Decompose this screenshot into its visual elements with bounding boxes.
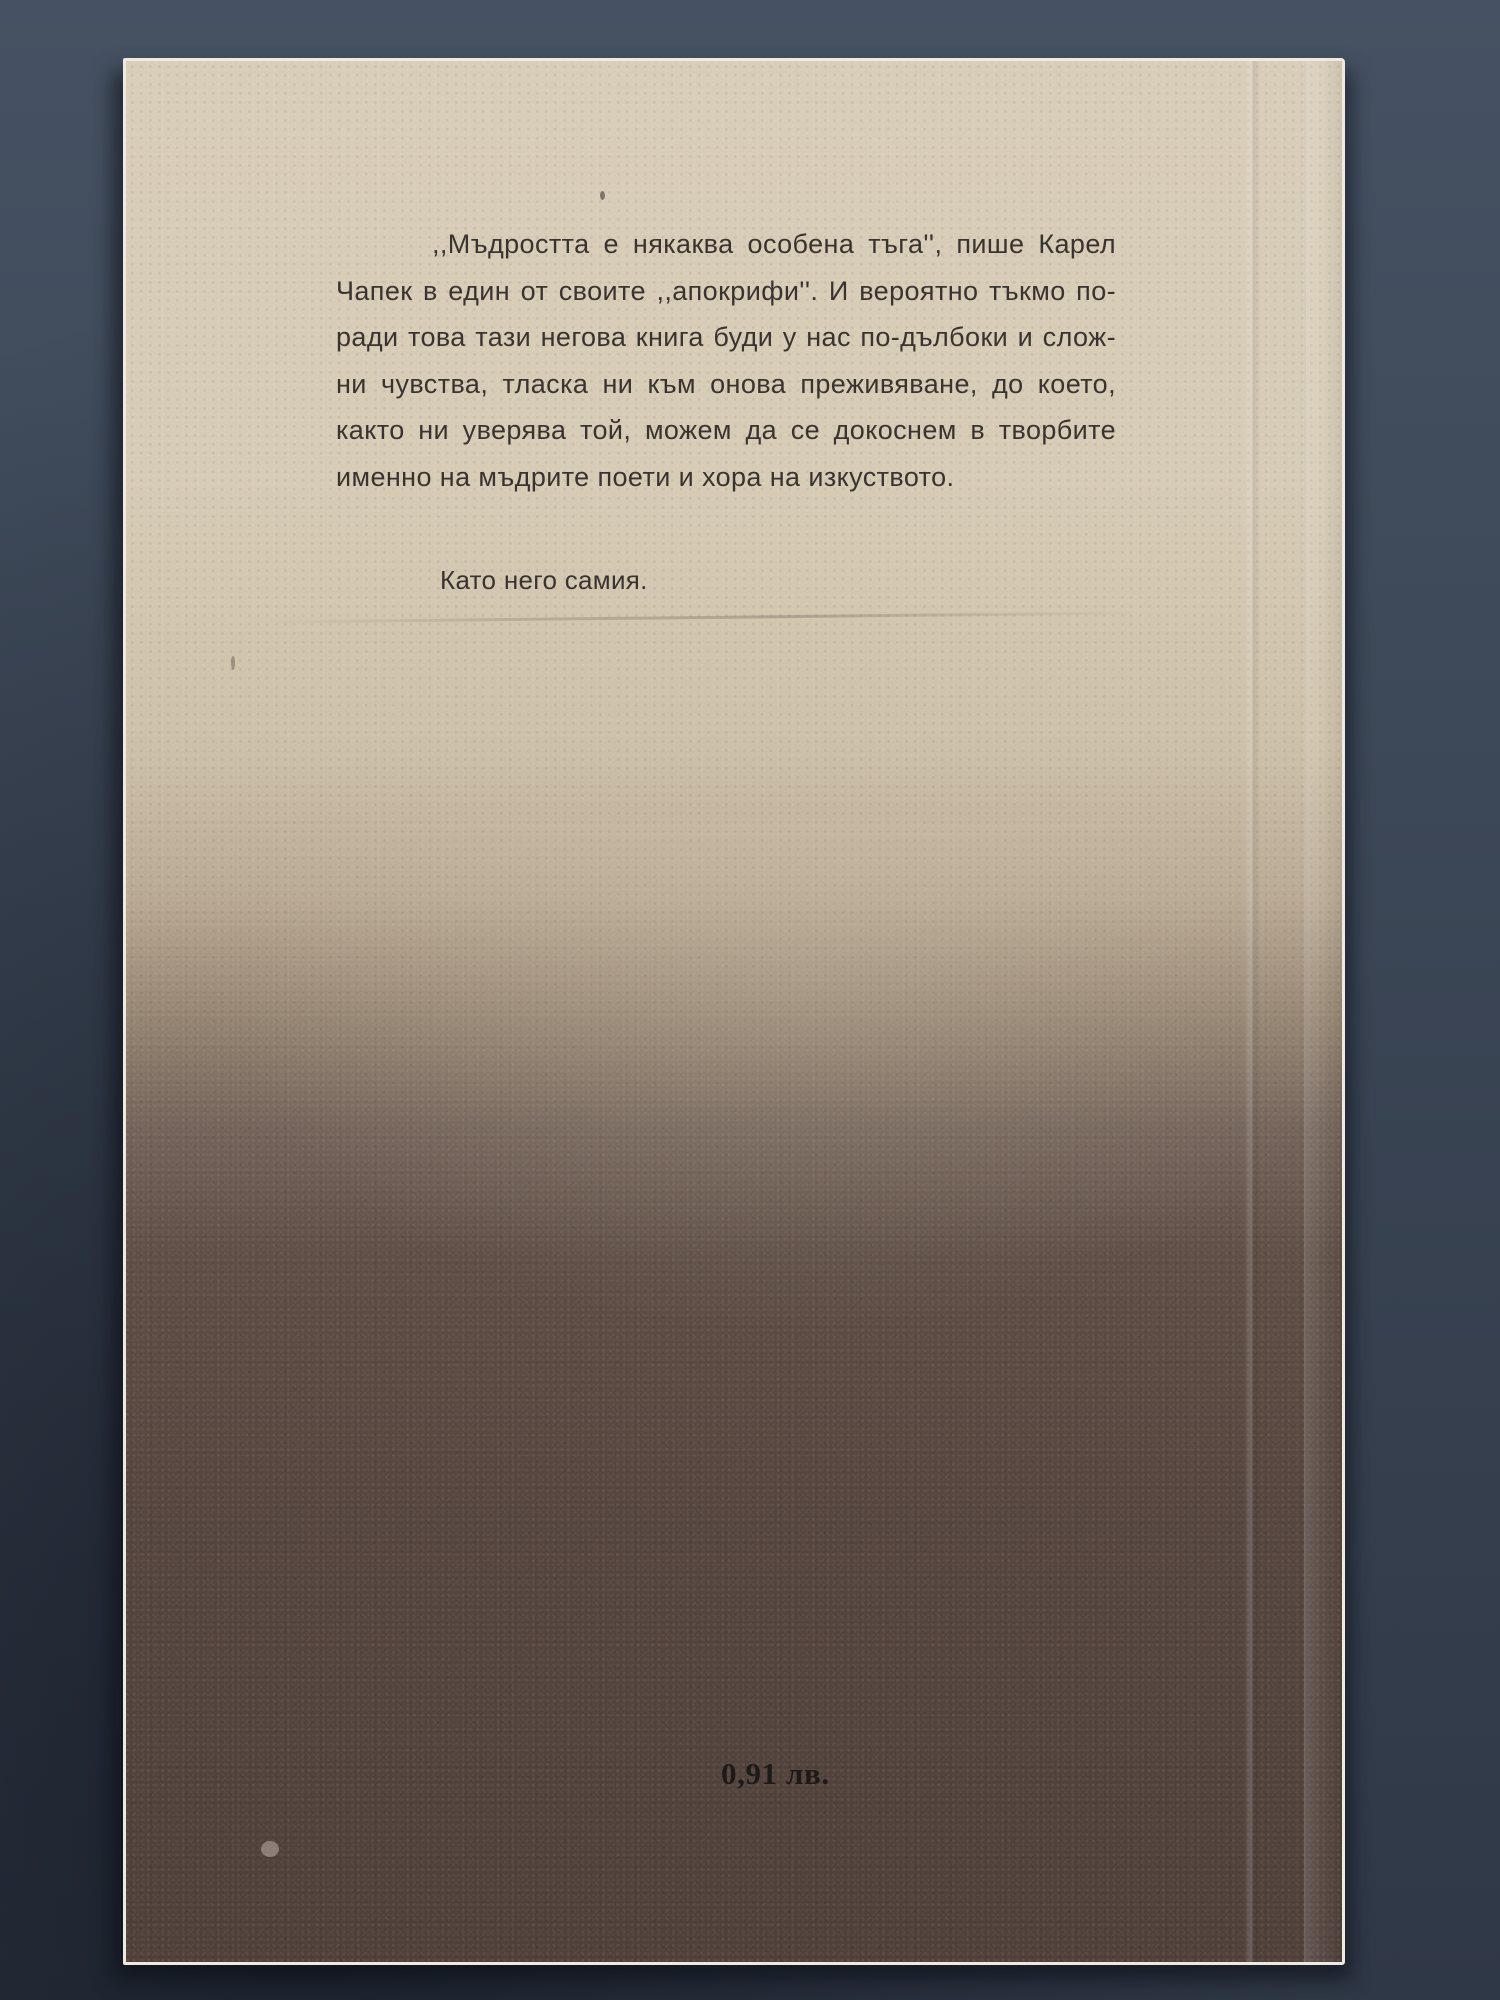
- closing-line: Като него самия.: [440, 565, 648, 596]
- price-label: 0,91 лв.: [721, 1756, 830, 1792]
- paper-blemish: [261, 1841, 279, 1857]
- faint-fold-line: [266, 611, 1136, 623]
- blurb-line: както ни уверява той, можем да се докосн…: [336, 407, 1116, 454]
- blurb-line: ,,Мъдростта е някаква особена тъга'', пи…: [336, 221, 1116, 268]
- book-back-cover: ,,Мъдростта е някаква особена тъга'', пи…: [123, 58, 1345, 1965]
- blurb-line: ни чувства, тласка ни към онова преживяв…: [336, 361, 1116, 408]
- paper-blemish: [600, 191, 605, 200]
- gradient-highlight: [126, 821, 1342, 1391]
- spine-edge: [1304, 61, 1344, 1962]
- blurb-line: именно на мъдрите поети и хора на изкуст…: [336, 454, 1116, 501]
- spine-crease: [1244, 61, 1260, 1962]
- blurb-text: ,,Мъдростта е някаква особена тъга'', пи…: [336, 221, 1116, 500]
- paper-blemish: [231, 656, 235, 670]
- blurb-line: ради това тази негова книга буди у нас п…: [336, 314, 1116, 361]
- blurb-line: Чапек в един от своите ,,апокрифи''. И в…: [336, 268, 1116, 315]
